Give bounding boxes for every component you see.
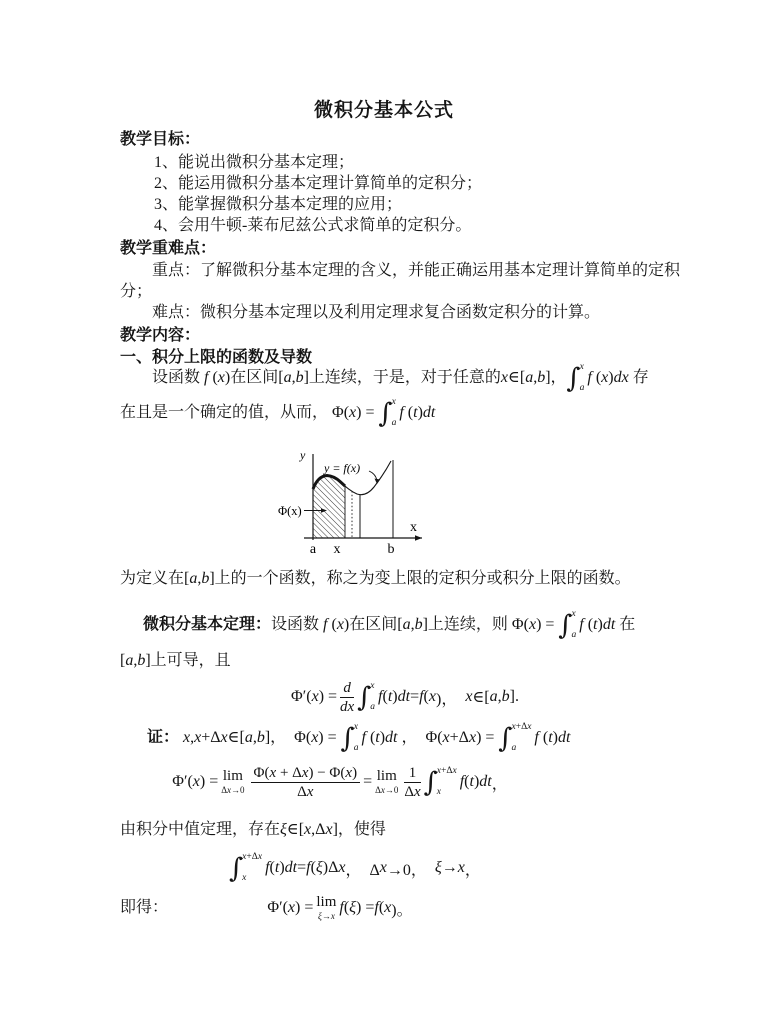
function-graph-figure: Φ(x) y x y = f(x) a x b: [270, 446, 430, 558]
theorem-line: [a,b]上可导，且: [120, 651, 231, 671]
formula-conclusion: Φ′(x) = limξ→xf (ξ) = f (x)。: [120, 888, 560, 928]
area-label: Φ(x): [278, 504, 302, 518]
formula-limit: Φ′(x) = limΔx→0Φ(x + Δx) − Φ(x)Δx = limΔ…: [120, 757, 560, 807]
tick-x: x: [334, 542, 341, 557]
curve-label: y = f(x): [323, 461, 360, 475]
goal-item: 1、能说出微积分基本定理；: [154, 153, 354, 173]
shaded-area: [313, 476, 345, 539]
paragraph-line: 在且是一个确定的值，从而， Φ(x) = ∫xaf (t)dt: [120, 396, 435, 430]
x-axis-label: x: [410, 520, 417, 535]
formula-mvt: ∫x+Δxxf (t)dt = f (ξ)Δx， Δx→0， ξ→x，: [120, 847, 590, 889]
proof-line: 证： x,x+Δx∈[a,b]， Φ(x) = ∫xaf (t)dt ， Φ(x…: [147, 721, 570, 755]
x-axis-arrow-icon: [415, 535, 422, 540]
keypoint-line: 重点：了解微积分基本定理的含义，并能正确运用基本定理计算简单的定积: [152, 261, 680, 281]
tick-b: b: [388, 542, 395, 557]
formula-derivative: Φ′(x) = ddx∫xaf (t)dt = f (x)， x∈[a,b].: [190, 675, 620, 719]
theorem-line: 微积分基本定理：设函数 f (x)在区间[a,b]上连续，则 Φ(x) = ∫x…: [143, 608, 635, 642]
mvt-line: 由积分中值定理，存在ξ∈[x,Δx]，使得: [120, 820, 386, 840]
document-title: 微积分基本公式: [0, 95, 768, 122]
keypoint-line: 分；: [120, 282, 152, 302]
goal-item: 4、会用牛顿-莱布尼兹公式求简单的定积分。: [154, 216, 471, 236]
tick-a: a: [310, 542, 317, 557]
keypoints-heading: 教学重难点：: [120, 239, 216, 259]
goal-item: 3、能掌握微积分基本定理的应用；: [154, 195, 402, 215]
content-heading: 教学内容：: [120, 326, 200, 346]
document-page: 微积分基本公式 教学目标： 1、能说出微积分基本定理； 2、能运用微积分基本定理…: [0, 0, 768, 1024]
goal-item: 2、能运用微积分基本定理计算简单的定积分；: [154, 174, 482, 194]
y-axis-label: y: [299, 448, 306, 462]
paragraph-line: 设函数 f (x)在区间[a,b]上连续，于是，对于任意的x∈[a,b]，∫xa…: [152, 361, 649, 395]
difficulty-line: 难点：微积分基本定理以及利用定理求复合函数定积分的计算。: [152, 303, 600, 323]
goals-heading: 教学目标：: [120, 130, 200, 150]
after-figure-line: 为定义在[a,b]上的一个函数，称之为变上限的定积分或积分上限的函数。: [120, 569, 631, 589]
